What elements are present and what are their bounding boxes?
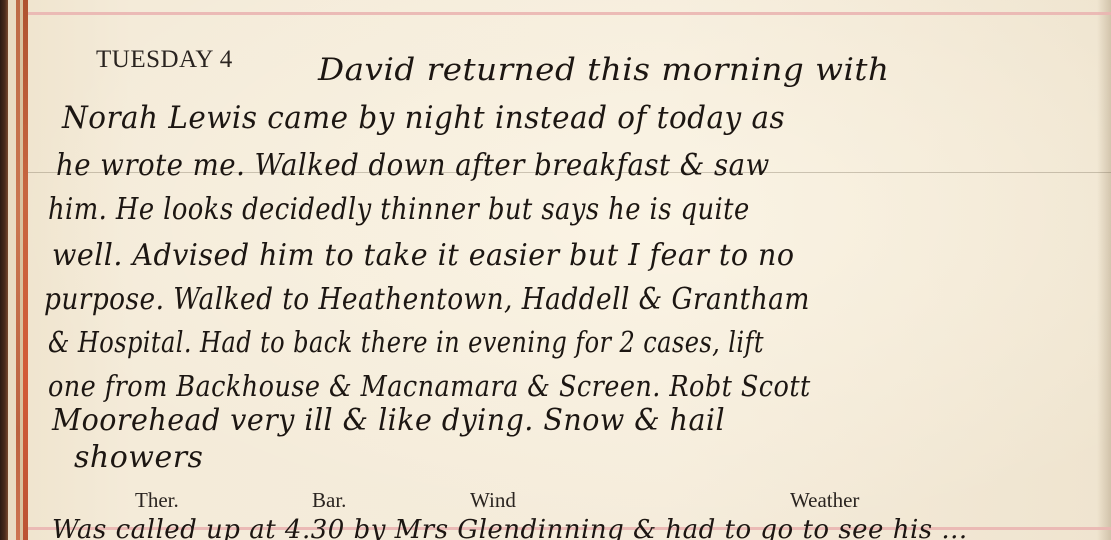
margin-rule-right [23,0,28,540]
entry-line-3: he wrote me. Walked down after breakfast… [56,148,770,183]
wind-label: Wind [470,488,516,513]
entry-line-4: him. He looks decidedly thinner but says… [48,192,750,227]
next-entry-partial-line: Was called up at 4.30 by Mrs Glendinning… [52,515,968,540]
day-heading: TUESDAY 4 [96,46,233,74]
entry-line-8: one from Backhouse & Macnamara & Screen.… [48,369,811,403]
page-edge [8,0,16,540]
barometer-label: Bar. [312,488,346,513]
entry-line-2: Norah Lewis came by night instead of tod… [62,100,785,136]
entry-line-1: David returned this morning with [318,52,889,88]
weather-label: Weather [790,488,859,513]
entry-line-6: purpose. Walked to Heathentown, Haddell … [44,282,810,317]
page-shadow [1097,0,1111,540]
diary-page: ​ TUESDAY 4 David returned this morning … [0,0,1111,540]
book-binding [0,0,8,540]
entry-line-9: Moorehead very ill & like dying. Snow & … [52,403,725,438]
entry-line-10: showers [74,440,203,475]
top-ruled-line [28,12,1111,15]
entry-line-5: well. Advised him to take it easier but … [52,238,794,273]
entry-line-7: & Hospital. Had to back there in evening… [48,325,764,359]
thermometer-label: Ther. [135,488,179,513]
